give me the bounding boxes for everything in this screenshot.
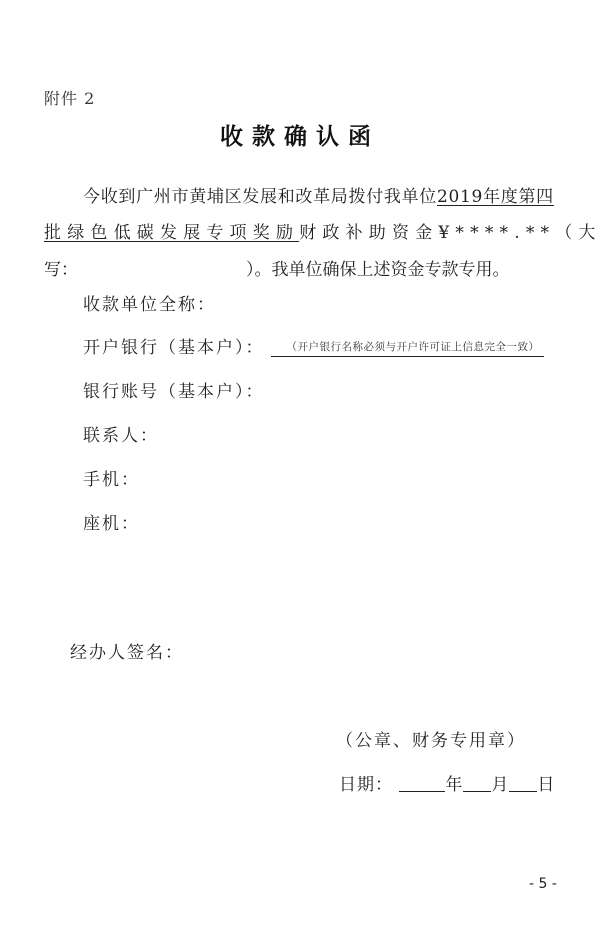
- date-line: 日期： 年月日: [339, 770, 555, 795]
- mobile-field: 手机：: [83, 465, 140, 490]
- bank-hint: （开户银行名称必须与开户许可证上信息完全一致）: [271, 339, 544, 357]
- day-blank[interactable]: [509, 777, 537, 792]
- bank-field: 开户银行（基本户）：（开户银行名称必须与开户许可证上信息完全一致）: [83, 333, 544, 358]
- attachment-label: 附件 2: [44, 86, 95, 109]
- body-text: ）。我单位确保上述资金专款专用。: [246, 260, 510, 280]
- amount-in-words-label: 写：: [44, 260, 78, 280]
- year-blank[interactable]: [399, 777, 445, 792]
- payee-name-label: 收款单位全称：: [83, 295, 216, 315]
- landline-field: 座机：: [83, 509, 140, 534]
- bank-label: 开户银行（基本户）：: [83, 338, 265, 358]
- handler-signature: 经办人签名：: [70, 638, 184, 663]
- document-title: 收款确认函: [0, 118, 600, 151]
- mobile-label: 手机：: [83, 470, 140, 490]
- body-line-3: 写：）。我单位确保上述资金专款专用。: [44, 255, 510, 280]
- body-line-1: 今收到广州市黄埔区发展和改革局拨付我单位2019年度第四: [83, 182, 554, 207]
- handler-signature-label: 经办人签名：: [70, 643, 184, 663]
- year-label: 年: [445, 775, 463, 795]
- account-label: 银行账号（基本户）：: [83, 382, 265, 402]
- fund-name: 批绿色低碳发展专项奖励: [44, 223, 299, 243]
- date-label: 日期：: [339, 775, 393, 795]
- month-label: 月: [491, 775, 509, 795]
- page-number: - 5 -: [529, 876, 557, 892]
- body-text: 财政补助资金¥****.**（大: [299, 223, 600, 243]
- payee-name-field: 收款单位全称：: [83, 290, 216, 315]
- month-blank[interactable]: [463, 777, 491, 792]
- body-text: 今收到广州市黄埔区发展和改革局拨付我单位: [83, 187, 437, 207]
- landline-label: 座机：: [83, 514, 140, 534]
- seal-note: （公章、财务专用章）: [336, 726, 526, 751]
- day-label: 日: [537, 775, 555, 795]
- contact-field: 联系人：: [83, 421, 159, 446]
- account-field: 银行账号（基本户）：: [83, 377, 265, 402]
- fund-year-batch: 2019年度第四: [437, 187, 554, 207]
- body-line-2: 批绿色低碳发展专项奖励财政补助资金¥****.**（大: [44, 218, 600, 243]
- contact-label: 联系人：: [83, 426, 159, 446]
